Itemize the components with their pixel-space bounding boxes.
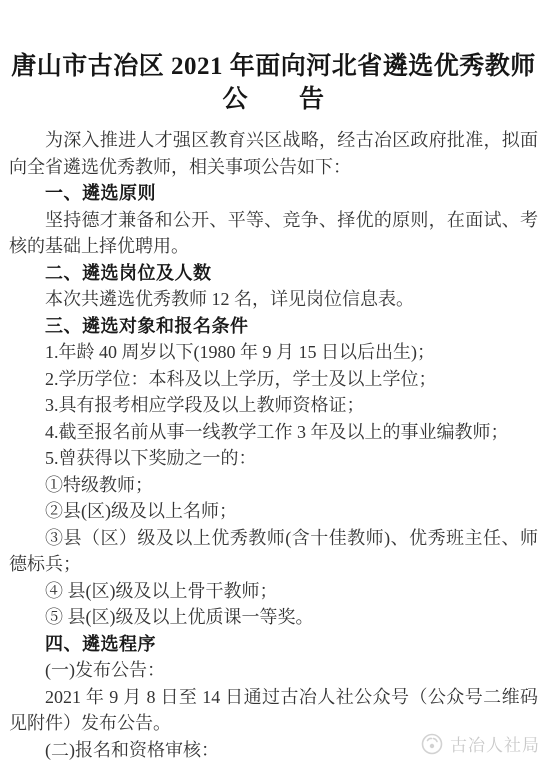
watermark: 古冶人社局 xyxy=(421,731,540,756)
award-item-3: ③县（区）级及以上优秀教师(含十佳教师)、优秀班主任、师德标兵； xyxy=(9,525,538,578)
requirement-item-2: 2.学历学位：本科及以上学历，学士及以上学位； xyxy=(9,366,538,393)
award-item-5: ⑤ 县(区)级及以上优质课一等奖。 xyxy=(9,604,538,631)
title-line-1: 唐山市古冶区 2021 年面向河北省遴选优秀教师 xyxy=(9,50,538,83)
award-item-4: ④ 县(区)级及以上骨干教师； xyxy=(9,578,538,605)
paragraph-principles: 坚持德才兼备和公开、平等、竞争、择优的原则，在面试、考核的基础上择优聘用。 xyxy=(9,207,538,260)
announcement-document: 唐山市古冶区 2021 年面向河北省遴选优秀教师 公 告 为深入推进人才强区教育… xyxy=(9,0,538,763)
paragraph-intro: 为深入推进人才强区教育兴区战略，经古冶区政府批准，拟面向全省遴选优秀教师，相关事… xyxy=(9,127,538,180)
title-line-2: 公 告 xyxy=(9,83,538,116)
document-body: 为深入推进人才强区教育兴区战略，经古冶区政府批准，拟面向全省遴选优秀教师，相关事… xyxy=(9,127,538,763)
wechat-official-account-logo-icon xyxy=(421,733,443,755)
procedure-step-1-title: (一)发布公告： xyxy=(9,657,538,684)
watermark-label: 古冶人社局 xyxy=(450,731,540,756)
document-title: 唐山市古冶区 2021 年面向河北省遴选优秀教师 公 告 xyxy=(9,50,538,116)
section-heading-procedure: 四、遴选程序 xyxy=(9,631,538,658)
requirement-item-3: 3.具有报考相应学段及以上教师资格证； xyxy=(9,392,538,419)
section-heading-positions: 二、遴选岗位及人数 xyxy=(9,260,538,287)
award-item-1: ①特级教师； xyxy=(9,472,538,499)
section-heading-requirements: 三、遴选对象和报名条件 xyxy=(9,313,538,340)
requirement-item-1: 1.年龄 40 周岁以下(1980 年 9 月 15 日以后出生)； xyxy=(9,339,538,366)
section-heading-principles: 一、遴选原则 xyxy=(9,180,538,207)
procedure-step-1-detail: 2021 年 9 月 8 日至 14 日通过古冶人社公众号（公众号二维码见附件）… xyxy=(9,684,538,737)
award-item-2: ②县(区)级及以上名师； xyxy=(9,498,538,525)
paragraph-positions: 本次共遴选优秀教师 12 名，详见岗位信息表。 xyxy=(9,286,538,313)
requirement-item-4: 4.截至报名前从事一线教学工作 3 年及以上的事业编教师； xyxy=(9,419,538,446)
requirement-item-5: 5.曾获得以下奖励之一的： xyxy=(9,445,538,472)
